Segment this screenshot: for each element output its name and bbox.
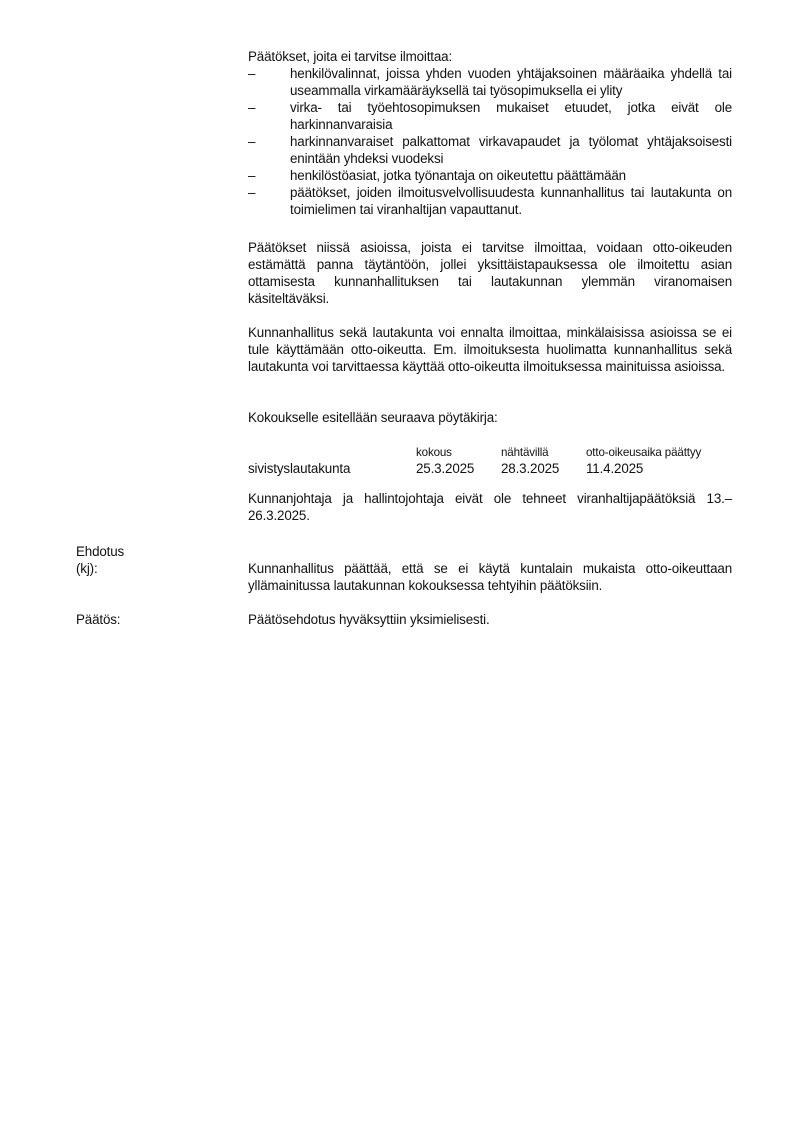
list-item: – henkilövalinnat, joissa yhden vuoden y… xyxy=(248,65,732,99)
list-item-text: henkilöstöasiat, jotka työnantaja on oik… xyxy=(290,168,626,183)
decision-label: Päätös: xyxy=(76,611,120,628)
header-deadline: otto-oikeusaika päättyy xyxy=(586,444,701,461)
paragraph-text: Kokoukselle esitellään seuraava pöytäkir… xyxy=(248,409,732,426)
proposal-label: Ehdotus (kj): xyxy=(76,543,124,577)
cell-deadline-date: 11.4.2025 xyxy=(586,460,643,477)
list-item: – henkilöstöasiat, jotka työnantaja on o… xyxy=(248,167,732,184)
dash-bullet-icon: – xyxy=(248,65,255,82)
paragraph-text: Kunnanjohtaja ja hallintojohtaja eivät o… xyxy=(248,490,732,524)
enforcement-paragraph: Päätökset niissä asioissa, joista ei tar… xyxy=(248,239,732,307)
cell-available-date: 28.3.2025 xyxy=(501,460,559,477)
cell-body: sivistyslautakunta xyxy=(248,460,350,477)
minutes-intro-paragraph: Kokoukselle esitellään seuraava pöytäkir… xyxy=(248,409,732,426)
exemptions-heading: Päätökset, joita ei tarvitse ilmoittaa: xyxy=(248,48,732,65)
minutes-table: kokous nähtävillä otto-oikeusaika päätty… xyxy=(248,443,748,477)
proposal-label-line1: Ehdotus xyxy=(76,543,124,560)
list-item: – päätökset, joiden ilmoitusvelvollisuud… xyxy=(248,184,732,218)
list-item: – virka- tai työehtosopimuksen mukaiset … xyxy=(248,99,732,133)
table-row: sivistyslautakunta 25.3.2025 28.3.2025 1… xyxy=(248,460,748,477)
officials-decisions-paragraph: Kunnanjohtaja ja hallintojohtaja eivät o… xyxy=(248,490,732,524)
exemptions-section: Päätökset, joita ei tarvitse ilmoittaa: … xyxy=(248,48,732,218)
proposal-text-block: Kunnanhallitus päättää, että se ei käytä… xyxy=(248,560,732,594)
decision-text-block: Päätösehdotus hyväksyttiin yksimielisest… xyxy=(248,611,732,628)
dash-bullet-icon: – xyxy=(248,184,255,201)
dash-bullet-icon: – xyxy=(248,99,255,116)
header-available: nähtävillä xyxy=(501,444,549,461)
document-page: Päätökset, joita ei tarvitse ilmoittaa: … xyxy=(0,0,794,1122)
table-header-row: kokous nähtävillä otto-oikeusaika päätty… xyxy=(248,444,748,461)
cell-meeting-date: 25.3.2025 xyxy=(416,460,474,477)
paragraph-text: Kunnanhallitus sekä lautakunta voi ennal… xyxy=(248,324,732,375)
dash-bullet-icon: – xyxy=(248,167,255,184)
paragraph-text: Päätökset niissä asioissa, joista ei tar… xyxy=(248,239,732,307)
proposal-text: Kunnanhallitus päättää, että se ei käytä… xyxy=(248,560,732,594)
exemptions-list: – henkilövalinnat, joissa yhden vuoden y… xyxy=(248,65,732,218)
decision-text: Päätösehdotus hyväksyttiin yksimielisest… xyxy=(248,611,732,628)
list-item-text: henkilövalinnat, joissa yhden vuoden yht… xyxy=(290,66,732,98)
advance-notice-paragraph: Kunnanhallitus sekä lautakunta voi ennal… xyxy=(248,324,732,375)
list-item-text: virka- tai työehtosopimuksen mukaiset et… xyxy=(290,100,732,132)
proposal-label-line2: (kj): xyxy=(76,560,124,577)
dash-bullet-icon: – xyxy=(248,133,255,150)
list-item-text: päätökset, joiden ilmoitusvelvollisuudes… xyxy=(290,185,732,217)
header-meeting: kokous xyxy=(416,444,452,461)
list-item-text: harkinnanvaraiset palkattomat virkavapau… xyxy=(290,134,732,166)
list-item: – harkinnanvaraiset palkattomat virkavap… xyxy=(248,133,732,167)
